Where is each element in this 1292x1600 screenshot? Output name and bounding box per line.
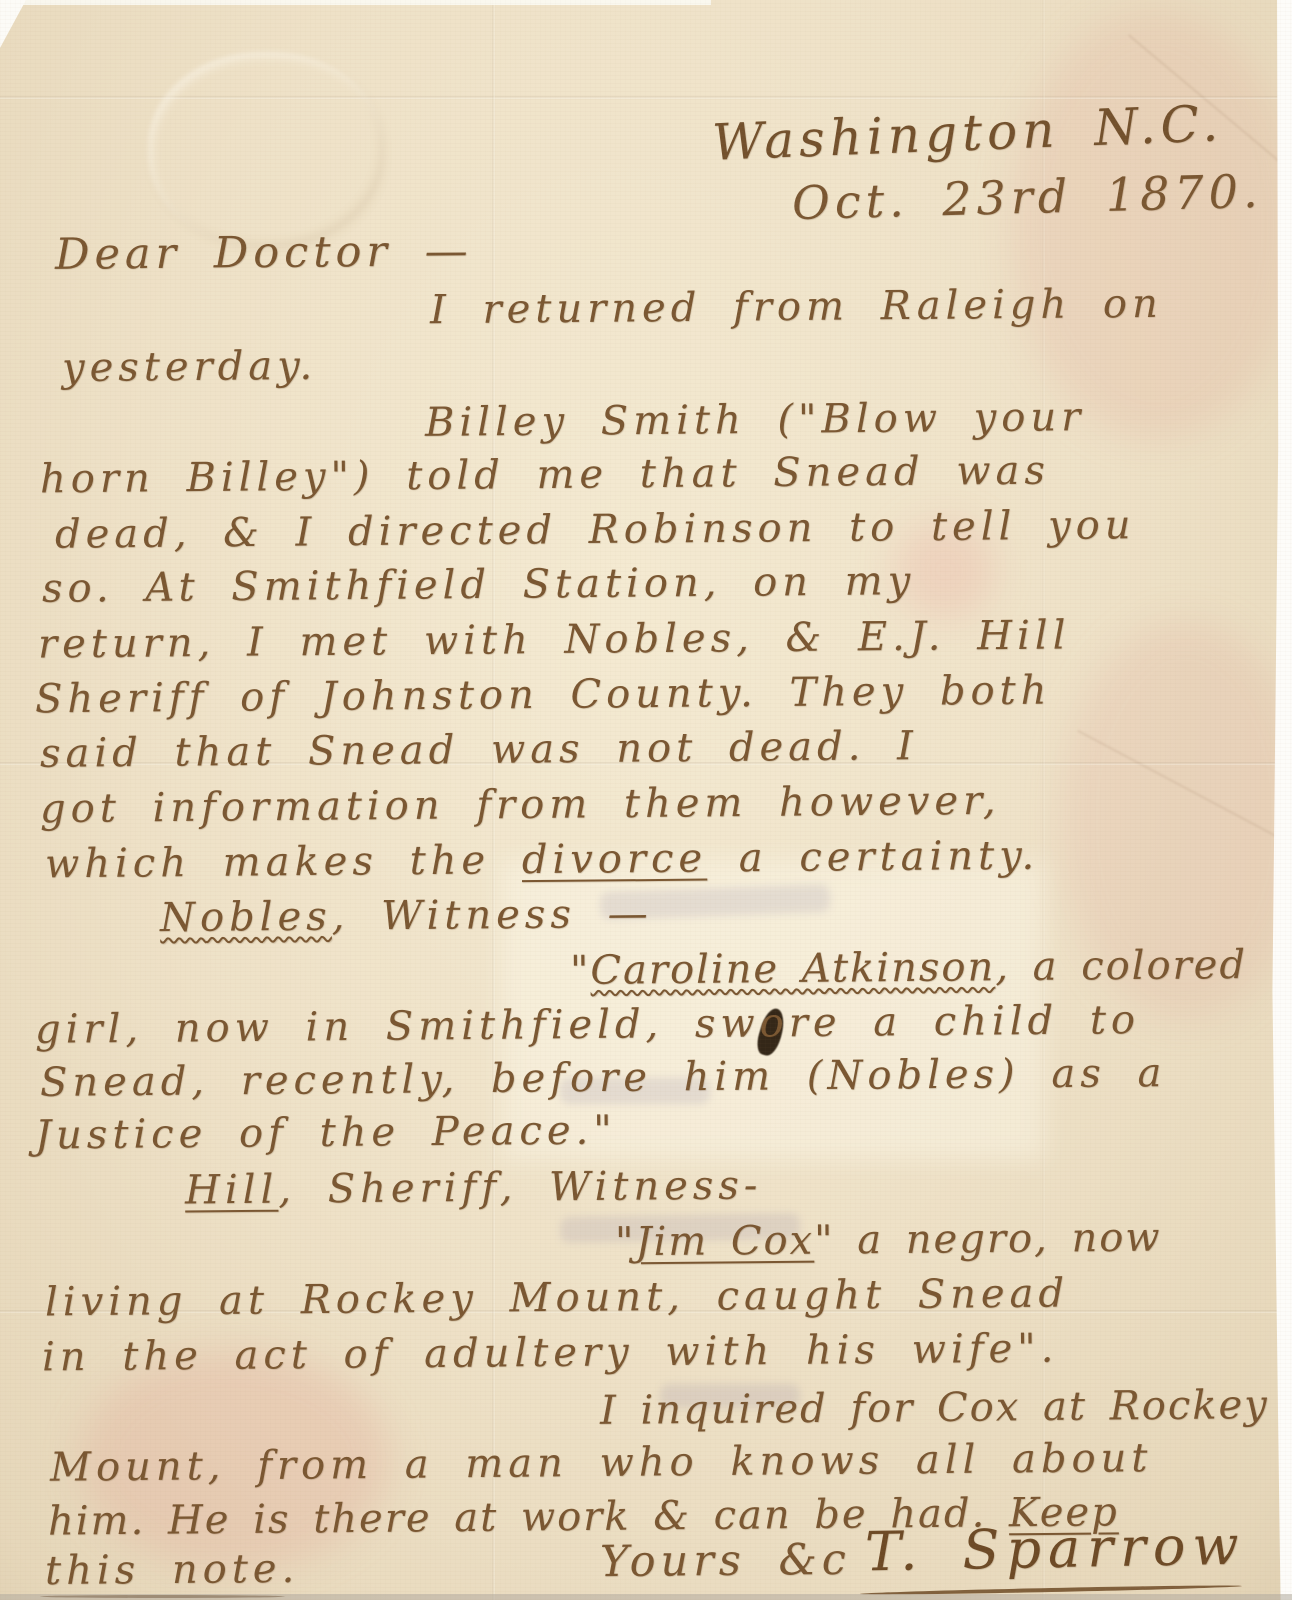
letter-line: Sheriff of Johnston County. They both (35, 671, 1052, 720)
letter-closing: Yours &c (600, 1539, 851, 1584)
letter-line: Mount, from a man who knows all about (50, 1438, 1153, 1488)
letter-line: Hill, Sheriff, Witness- (185, 1165, 763, 1210)
letter-line: so. At Smithfield Station, on my (42, 561, 916, 609)
letter-line: yesterday. (62, 346, 317, 388)
letter-line: living at Rockey Mount, caught Snead (45, 1274, 1069, 1323)
letter-line: horn Billey") told me that Snead was (40, 451, 1050, 500)
scan-edge-bottom (0, 1594, 1292, 1600)
letter-date-line: Oct. 23rd 1870. (791, 168, 1263, 226)
scan-edge-top (0, 0, 711, 5)
letter-line: said that Snead was not dead. I (40, 726, 918, 774)
stain (1010, 10, 1292, 440)
letter-line: Snead, recently, before him (Nobles) as … (40, 1053, 1167, 1103)
letter-line: Justice of the Peace." (35, 1110, 617, 1155)
embossed-seal (148, 52, 384, 248)
letter-line: got information from them however, (40, 781, 1001, 829)
letter-line: Nobles, Witness — (160, 894, 653, 938)
letter-line: in the act of adultery with his wife". (42, 1329, 1059, 1378)
letter-line: dead, & I directed Robinson to tell you (55, 505, 1136, 554)
letter-line: "Caroline Atkinson, a colored (570, 945, 1247, 991)
letter-salutation: Dear Doctor — (55, 230, 473, 277)
letter-paper: Washington N.C. Oct. 23rd 1870. Dear Doc… (0, 0, 1292, 1600)
letter-line: which makes the divorce a certainty. (45, 836, 1039, 885)
letter-line: girl, now in Smithfield, swore a child t… (35, 1000, 1140, 1050)
scan-edge-corner (0, 0, 26, 48)
letter-line: this note. (45, 1549, 300, 1591)
letter-line: return, I met with Nobles, & E.J. Hill (38, 615, 1071, 664)
letter-line: I returned from Raleigh on (430, 284, 1163, 330)
letter-line: I inquired for Cox at Rockey (600, 1385, 1269, 1431)
letter-line: Billey Smith ("Blow your (425, 397, 1086, 443)
letter-line: "Jim Cox" a negro, now (615, 1218, 1162, 1263)
letter-signature: T. Sparrow (865, 1519, 1246, 1580)
